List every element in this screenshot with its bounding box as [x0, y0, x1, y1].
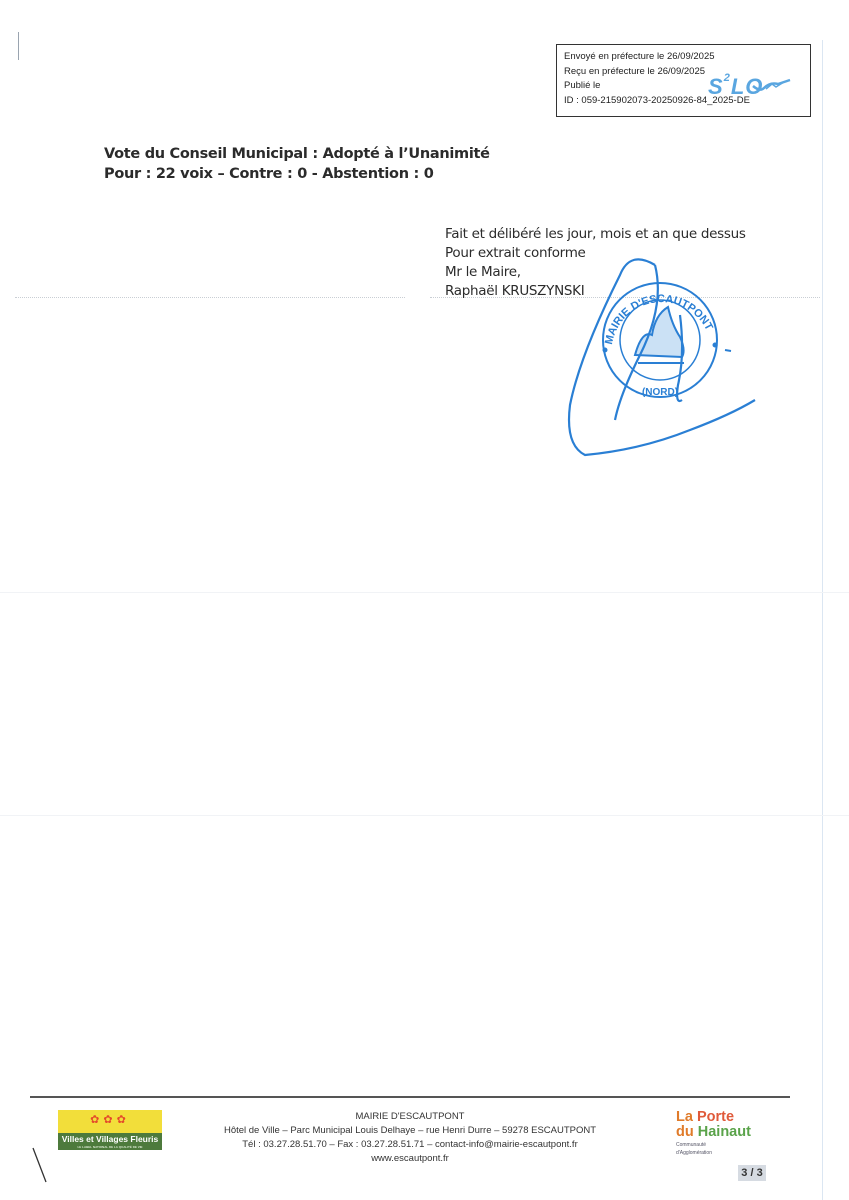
footer-address: Hôtel de Ville – Parc Municipal Louis De… — [210, 1124, 610, 1138]
footer-divider — [30, 1096, 790, 1098]
porte-du-hainaut-logo: La Porte du Hainaut Communauté d'Agglomé… — [676, 1110, 751, 1156]
vvf-title: Villes et Villages Fleuris — [62, 1134, 159, 1144]
villes-villages-fleuris-logo: ✿✿✿ Villes et Villages Fleuris LE LABEL … — [58, 1110, 162, 1150]
lph-sub1: Communauté — [676, 1142, 751, 1148]
page-edge — [822, 40, 823, 1200]
vote-count: Pour : 22 voix – Contre : 0 - Abstention… — [104, 164, 490, 184]
footer-org: MAIRIE D'ESCAUTPONT — [210, 1110, 610, 1124]
footer-website: www.escautpont.fr — [210, 1152, 610, 1166]
s2lo-sup: 2 — [724, 72, 731, 84]
lph-du: du — [676, 1124, 694, 1140]
stamp-received: Reçu en préfecture le 26/09/2025 — [564, 65, 810, 80]
mayor-seal-and-signature: MAIRIE D'ESCAUTPONT (NORD) — [560, 245, 760, 460]
seal-bottom-text: (NORD) — [642, 387, 678, 398]
lph-la: La — [676, 1109, 693, 1125]
lph-hainaut: Hainaut — [698, 1124, 751, 1140]
page-number: 3 / 3 — [738, 1165, 766, 1181]
vvf-subtitle: LE LABEL NATIONAL DE LA QUALITÉ DE VIE — [58, 1145, 162, 1149]
vote-title: Vote du Conseil Municipal : Adopté à l’U… — [104, 144, 490, 164]
footer-phone-fax-email: Tél : 03.27.28.51.70 – Fax : 03.27.28.51… — [210, 1138, 610, 1152]
vote-result: Vote du Conseil Municipal : Adopté à l’U… — [104, 144, 490, 184]
page-fold-line — [0, 592, 849, 593]
page-fold-line — [0, 815, 849, 816]
lph-sub2: d'Agglomération — [676, 1150, 751, 1156]
lph-porte: Porte — [697, 1109, 734, 1125]
scan-stroke — [30, 1145, 50, 1185]
signature-line-deliberation: Fait et délibéré les jour, mois et an qu… — [445, 225, 746, 244]
stamp-id: ID : 059-215902073-20250926-84_2025-DE — [564, 94, 810, 109]
dotted-line — [15, 297, 405, 299]
scan-mark — [18, 32, 19, 60]
handwritten-signature — [569, 259, 755, 455]
stamp-sent: Envoyé en préfecture le 26/09/2025 — [564, 50, 810, 65]
flower-icons: ✿✿✿ — [58, 1113, 162, 1126]
s2lo-s: S — [708, 74, 724, 99]
s2lo-check-icon — [752, 78, 792, 94]
footer-contact: MAIRIE D'ESCAUTPONT Hôtel de Ville – Par… — [210, 1110, 610, 1166]
